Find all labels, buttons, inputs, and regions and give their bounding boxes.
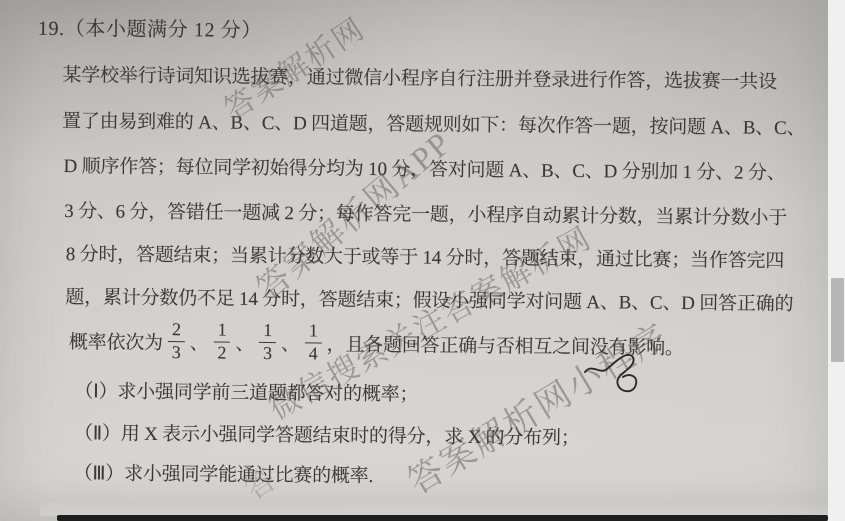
fraction-separator: 、 [235, 328, 254, 355]
dark-table-edge [57, 515, 828, 521]
fraction-separator: 、 [190, 328, 209, 355]
fraction-2-3: 2 3 [168, 320, 185, 362]
problem-number-heading: 19.（本小题满分 12 分） [38, 12, 262, 43]
question-part-3: （Ⅲ）求小强同学能通过比赛的概率. [74, 458, 374, 488]
fraction-1-3: 1 3 [259, 321, 276, 363]
question-part-2: （Ⅱ）用 X 表示小强同学答题结束时的得分，求 X 的分布列； [74, 418, 580, 450]
fraction-1-4: 1 4 [305, 321, 322, 363]
problem-text-block: 19.（本小题满分 12 分） 某学校举行诗词知识选拔赛，通过微信小程序自行注册… [0, 0, 828, 521]
paragraph-line: 题，累计分数仍不足 14 分时，答题结束；假设小强同学对问题 A、B、C、D 回… [65, 282, 793, 316]
screenshot-root: 答案解析网 答案解析网APP 微信搜索关注答案解析网 答案解析网小程序 答 19… [0, 0, 845, 521]
fraction-separator: 、 [281, 329, 300, 356]
question-part-1: （Ⅰ）求小强同学前三道题都答对的概率； [74, 376, 418, 406]
vertical-scrollbar-track[interactable] [828, 0, 845, 521]
paragraph-line: 3 分、6 分，答错任一题减 2 分；每作答完一题，小程序自动累计分数，当累计分… [64, 196, 787, 230]
paragraph-line: D 顺序作答；每位同学初始得分均为 10 分，答对问题 A、B、C、D 分别加 … [63, 151, 785, 185]
vertical-scrollbar-thumb[interactable] [831, 278, 844, 362]
paragraph-line: 8 分时，答题结束；当累计分数大于或等于 14 分时，答题结束，通过比赛；当作答… [66, 239, 785, 273]
fraction-1-2: 1 2 [213, 321, 230, 363]
paragraph-line: 置了由易到难的 A、B、C、D 四道题，答题规则如下：每次作答一题，按问题 A、… [62, 106, 806, 140]
paragraph-line: 某学校举行诗词知识选拔赛，通过微信小程序自行注册并登录进行作答，选拔赛一共设 [62, 60, 777, 94]
handwritten-8-mark [583, 348, 655, 396]
probability-prefix: 概率依次为 [69, 327, 163, 355]
scanned-exam-page: 答案解析网 答案解析网APP 微信搜索关注答案解析网 答案解析网小程序 答 19… [0, 0, 828, 521]
